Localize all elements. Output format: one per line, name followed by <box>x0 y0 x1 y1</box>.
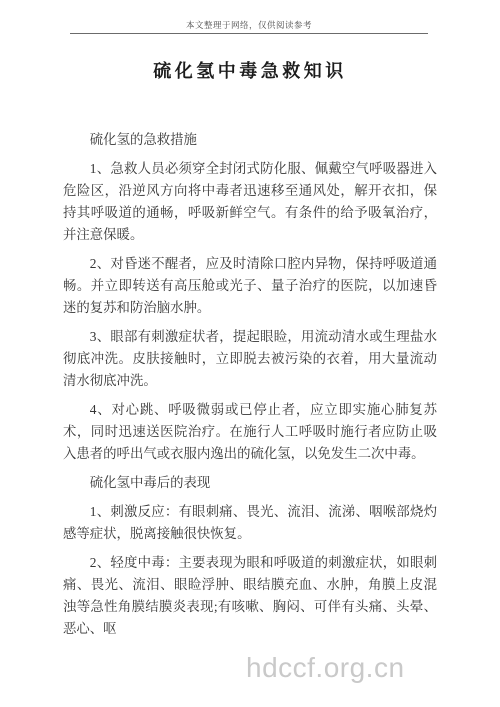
paragraph: 3、眼部有刺激症状者，提起眼睑，用流动清水或生理盐水彻底冲洗。皮肤接触时，立即脱… <box>63 326 437 392</box>
paragraph: 2、对昏迷不醒者，应及时清除口腔内异物，保持呼吸道通畅。并立即转送有高压舱或光子… <box>63 253 437 319</box>
paragraph: 1、急救人员必须穿全封闭式防化服、佩戴空气呼吸器进入危险区，沿逆风方向将中毒者迅… <box>63 158 437 246</box>
site-watermark: hdccf.org.cn <box>246 652 405 684</box>
paragraph: 1、刺激反应：有眼刺痛、畏光、流泪、流涕、咽喉部烧灼感等症状，脱离接触很快恢复。 <box>63 501 437 545</box>
document-body: 硫化氢的急救措施 1、急救人员必须穿全封闭式防化服、佩戴空气呼吸器进入危险区，沿… <box>63 129 437 647</box>
paragraph: 4、对心跳、呼吸微弱或已停止者，应立即实施心肺复苏术，同时迅速送医院治疗。在施行… <box>63 399 437 465</box>
document-page: 本文整理于网络，仅供阅读参考 硫化氢中毒急救知识 硫化氢的急救措施 1、急救人员… <box>0 0 500 707</box>
section-heading: 硫化氢中毒后的表现 <box>63 472 437 494</box>
section-heading: 硫化氢的急救措施 <box>63 129 437 151</box>
paragraph: 2、轻度中毒：主要表现为眼和呼吸道的刺激症状，如眼刺痛、畏光、流泪、眼睑浮肿、眼… <box>63 552 437 640</box>
page-title: 硫化氢中毒急救知识 <box>0 57 500 83</box>
header-disclaimer-note: 本文整理于网络，仅供阅读参考 <box>70 19 428 34</box>
